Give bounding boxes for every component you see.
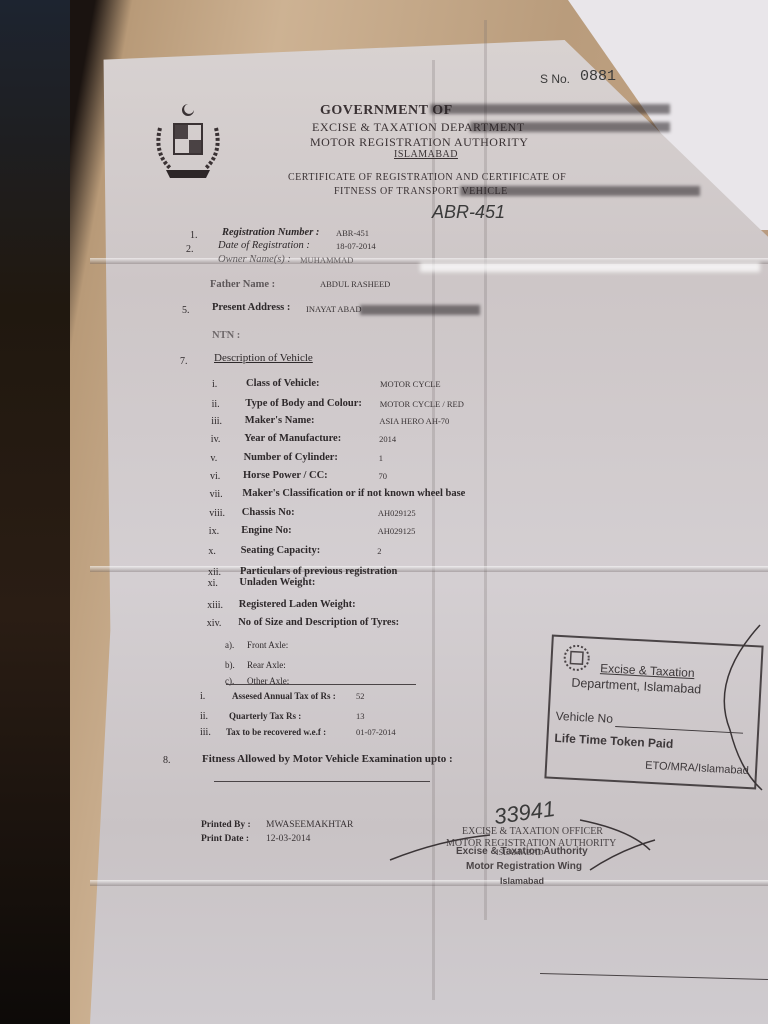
item-value: 1 <box>379 453 383 463</box>
header-city: ISLAMABAD <box>394 149 458 160</box>
tax-number: ii. <box>200 711 208 722</box>
item-number: xi. <box>208 578 218 589</box>
item-label: Unladen Weight: <box>239 577 315 588</box>
axle-label: Rear Axle: <box>247 660 286 670</box>
item-number: xii. <box>208 567 221 578</box>
item-label: Seating Capacity: <box>241 545 321 556</box>
item-label: Chassis No: <box>242 507 295 518</box>
faded-text <box>360 305 480 315</box>
item-label: No of Size and Description of Tyres: <box>238 617 399 628</box>
field-number: 2. <box>186 244 194 255</box>
print-date-label: Print Date : <box>201 834 249 844</box>
serial-number: 0881 <box>580 68 616 85</box>
item-number: xiv. <box>207 618 222 629</box>
item-label: Maker's Classification or if not known w… <box>242 488 465 499</box>
item-value: MOTOR CYCLE <box>380 379 441 389</box>
field-number: 5. <box>182 305 190 316</box>
item-value: AH029125 <box>378 526 416 536</box>
serial-label: S No. <box>540 72 570 86</box>
item-label: Class of Vehicle: <box>246 378 320 389</box>
tax-label: Quarterly Tax Rs : <box>229 711 301 721</box>
item-label: Type of Body and Colour: <box>245 398 362 409</box>
tax-value: 01-07-2014 <box>356 727 396 737</box>
tax-number: iii. <box>200 727 211 738</box>
section-number: 8. <box>163 755 171 766</box>
item-number: vi. <box>210 471 220 482</box>
item-value: 2014 <box>379 434 396 444</box>
item-number: xiii. <box>207 600 223 611</box>
background-dark-fabric <box>0 0 70 1024</box>
owner-name-label: Owner Name(s) : <box>218 254 291 265</box>
item-value: 70 <box>379 471 388 481</box>
item-label: Year of Manufacture: <box>244 433 341 444</box>
paper-fold-vertical-right <box>484 20 487 920</box>
item-number: v. <box>210 453 217 464</box>
item-number: vii. <box>210 489 223 500</box>
print-date-value: 12-03-2014 <box>266 834 310 844</box>
item-value: 2 <box>377 546 381 556</box>
fitness-label: Fitness Allowed by Motor Vehicle Examina… <box>202 753 453 765</box>
item-label: Horse Power / CC: <box>243 470 328 481</box>
axle-number: a). <box>225 640 234 650</box>
owner-name-value: MUHAMMAD <box>300 255 353 265</box>
item-number: viii. <box>209 508 225 519</box>
field-number: 1. <box>190 230 198 241</box>
tax-value: 13 <box>356 711 365 721</box>
item-value: ASIA HERO AH-70 <box>379 416 449 426</box>
axle-number: b). <box>225 660 235 670</box>
tax-value: 52 <box>356 691 365 701</box>
printed-by-value: MWASEEMAKHTAR <box>266 820 353 830</box>
tax-number: i. <box>200 691 205 702</box>
header-authority: MOTOR REGISTRATION AUTHORITY <box>310 135 528 150</box>
ntn-label: NTN : <box>212 330 240 341</box>
item-label: Registered Laden Weight: <box>239 599 356 610</box>
certificate-title-line1: CERTIFICATE OF REGISTRATION AND CERTIFIC… <box>288 172 566 183</box>
section-number: 7. <box>180 356 188 367</box>
signature-scribble-icon <box>700 620 768 810</box>
paper-glare <box>420 262 760 272</box>
officer-signature-icon <box>380 800 660 880</box>
item-number: iv. <box>211 434 221 445</box>
father-name-label: Father Name : <box>210 279 275 290</box>
item-number: ix. <box>209 526 219 537</box>
date-of-registration-value: 18-07-2014 <box>336 241 376 251</box>
paper-fold-horizontal <box>90 880 768 886</box>
printed-by-label: Printed By : <box>201 820 251 830</box>
handwritten-registration: ABR-451 <box>432 202 505 223</box>
faded-text <box>430 104 670 114</box>
stamp-token-paid: Life Time Token Paid <box>554 731 673 751</box>
registration-number-value: ABR-451 <box>336 228 369 238</box>
paper-fold-horizontal <box>90 566 768 572</box>
emblem-stamp-icon <box>560 641 594 675</box>
date-of-registration-label: Date of Registration : <box>218 240 310 251</box>
tax-label: Assesed Annual Tax of Rs : <box>232 691 336 701</box>
item-value: AH029125 <box>378 508 416 518</box>
item-number: i. <box>212 379 217 390</box>
item-number: ii. <box>212 399 220 410</box>
fitness-line <box>214 781 430 782</box>
description-title: Description of Vehicle <box>214 352 313 364</box>
present-address-value: INAYAT ABAD <box>306 304 362 314</box>
other-axle-underline <box>226 684 416 685</box>
stamp-vehicle-no: Vehicle No <box>555 709 613 726</box>
tax-label: Tax to be recovered w.e.f : <box>226 727 326 737</box>
item-label: Particulars of previous registration <box>240 566 397 577</box>
item-label: Engine No: <box>241 525 291 536</box>
faded-text <box>460 186 700 196</box>
present-address-label: Present Address : <box>212 302 290 313</box>
father-name-value: ABDUL RASHEED <box>320 279 390 289</box>
item-number: x. <box>208 546 216 557</box>
item-label: Maker's Name: <box>245 415 315 426</box>
item-value: MOTOR CYCLE / RED <box>380 399 464 409</box>
axle-label: Front Axle: <box>247 640 288 650</box>
item-label: Number of Cylinder: <box>244 452 338 463</box>
pakistan-emblem-icon <box>148 98 228 188</box>
faded-text <box>470 122 670 132</box>
item-number: iii. <box>211 416 222 427</box>
registration-number-label: Registration Number : <box>222 227 319 238</box>
